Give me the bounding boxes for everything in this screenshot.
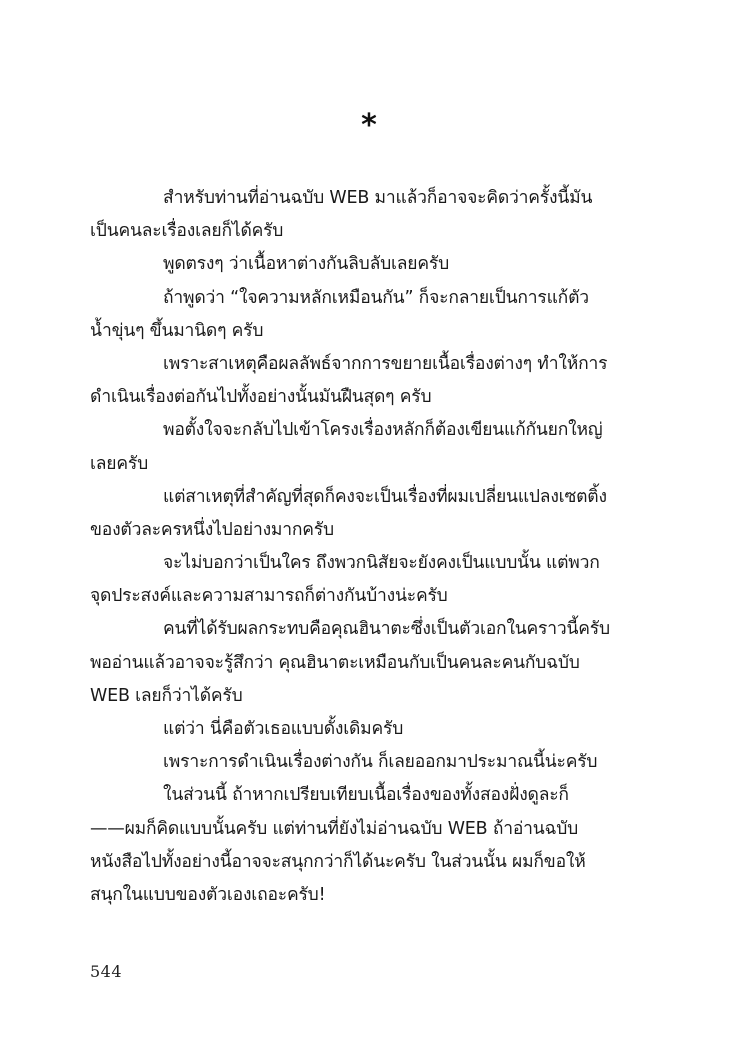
text-line: ในส่วนนี้ ถ้าหากเปรียบเทียบเนื้อเรื่องขอ…	[90, 779, 650, 812]
text-line: WEB เลยก็ว่าได้ครับ	[90, 680, 650, 713]
page-number: 544	[90, 962, 122, 981]
text-line: เพราะการดำเนินเรื่องต่างกัน ก็เลยออกมาปร…	[90, 746, 650, 779]
text-line: ของตัวละครหนึ่งไปอย่างมากครับ	[90, 514, 650, 547]
section-break-asterisk: *	[0, 108, 738, 143]
text-line: พอตั้งใจจะกลับไปเข้าโครงเรื่องหลักก็ต้อง…	[90, 414, 650, 447]
text-line: ——ผมก็คิดแบบนั้นครับ แต่ท่านที่ยังไม่อ่า…	[90, 813, 650, 846]
text-line: จุดประสงค์และความสามารถก็ต่างกันบ้างน่ะค…	[90, 580, 650, 613]
text-line: คนที่ได้รับผลกระทบคือคุณฮินาตะซึ่งเป็นตั…	[90, 613, 650, 646]
text-line: เลยครับ	[90, 448, 650, 481]
text-line: สำหรับท่านที่อ่านฉบับ WEB มาแล้วก็อาจจะค…	[90, 182, 650, 215]
text-line: หนังสือไปทั้งอย่างนี้อาจจะสนุกกว่าก็ได้น…	[90, 846, 650, 879]
text-line: เป็นคนละเรื่องเลยก็ได้ครับ	[90, 215, 650, 248]
text-line: จะไม่บอกว่าเป็นใคร ถึงพวกนิสัยจะยังคงเป็…	[90, 547, 650, 580]
text-line: น้ำขุ่นๆ ขึ้นมานิดๆ ครับ	[90, 315, 650, 348]
text-line: เพราะสาเหตุคือผลลัพธ์จากการขยายเนื้อเรื่…	[90, 348, 650, 381]
text-line: พออ่านแล้วอาจจะรู้สึกว่า คุณฮินาตะเหมือน…	[90, 647, 650, 680]
text-line: แต่ว่า นี่คือตัวเธอแบบดั้งเดิมครับ	[90, 713, 650, 746]
text-line: แต่สาเหตุที่สำคัญที่สุดก็คงจะเป็นเรื่องท…	[90, 481, 650, 514]
text-line: พูดตรงๆ ว่าเนื้อหาต่างกันลิบลับเลยครับ	[90, 248, 650, 281]
text-line: ถ้าพูดว่า “ใจความหลักเหมือนกัน” ก็จะกลาย…	[90, 282, 650, 315]
text-line: ดำเนินเรื่องต่อกันไปทั้งอย่างนั้นมันฝืนส…	[90, 381, 650, 414]
body-text: สำหรับท่านที่อ่านฉบับ WEB มาแล้วก็อาจจะค…	[90, 182, 650, 912]
text-line: สนุกในแบบของตัวเองเถอะครับ!	[90, 879, 650, 912]
